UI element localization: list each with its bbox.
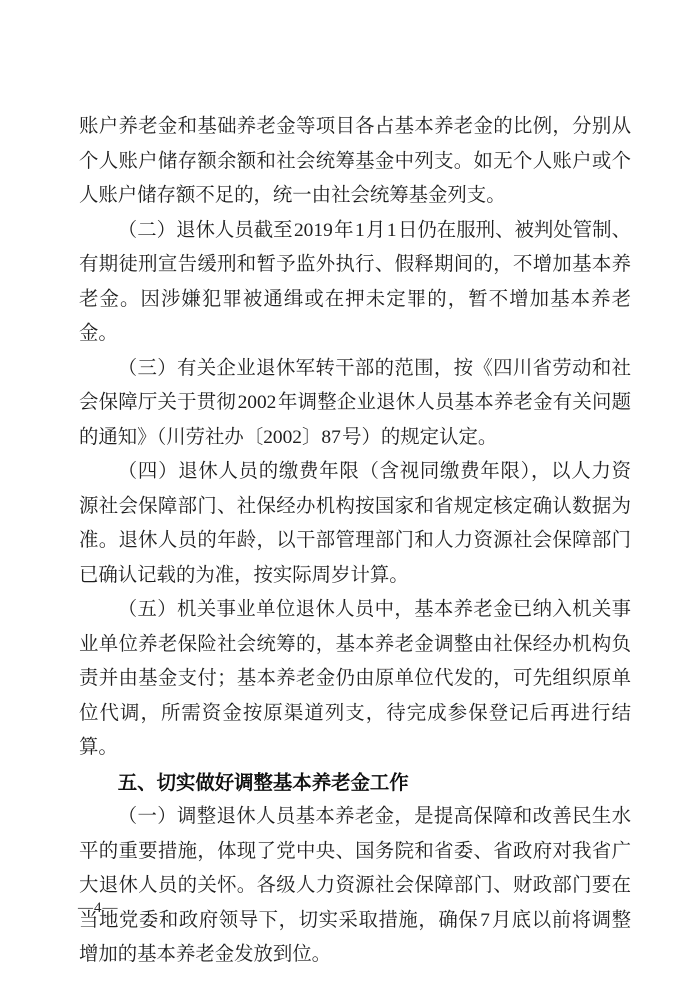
page-number: —4— [78, 898, 119, 918]
paragraph-item-four-contribution-years: （四）退休人员的缴费年限（含视同缴费年限），以人力资源社会保障部门、社保经办机构… [79, 455, 631, 593]
paragraph-item-three-military-transfer-cadres: （三）有关企业退休军转干部的范围，按《四川省劳动和社会保障厅关于贯彻 2002 … [79, 352, 631, 456]
paragraph-item-two-sentenced-persons: （二）退休人员截至 2019 年 1 月 1 日仍在服刑、被判处管制、有期徒刑宣… [79, 214, 631, 352]
paragraph-item-five-public-institution-retirees: （五）机关事业单位退休人员中，基本养老金已纳入机关事业单位养老保险社会统筹的，基… [79, 593, 631, 766]
document-page: 账户养老金和基础养老金等项目各占基本养老金的比例，分别从个人账户储存额余额和社会… [0, 0, 700, 990]
paragraph-item-one-adjustment-significance: （一）调整退休人员基本养老金，是提高保障和改善民生水平的重要措施，体现了党中央、… [79, 800, 631, 973]
document-body: 账户养老金和基础养老金等项目各占基本养老金的比例，分别从个人账户储存额余额和社会… [79, 110, 631, 973]
paragraph-fund-allocation: 账户养老金和基础养老金等项目各占基本养老金的比例，分别从个人账户储存额余额和社会… [79, 110, 631, 214]
section-heading-five-pension-adjustment-work: 五、切实做好调整基本养老金工作 [79, 766, 631, 801]
